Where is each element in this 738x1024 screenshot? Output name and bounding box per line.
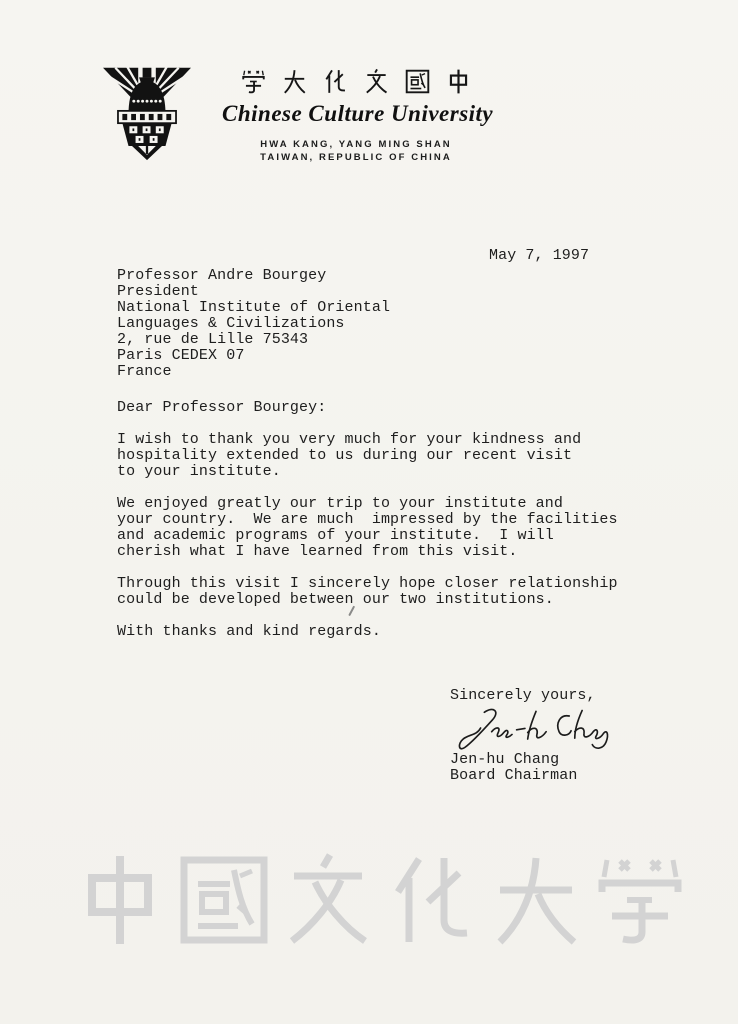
letter-page: Chinese Culture University HWA KANG, YAN… [0,0,738,1024]
university-emblem-logo [103,66,191,161]
hanzi-da-glyph [281,68,308,95]
letter-date: May 7, 1997 [489,248,589,264]
signature-title: Board Chairman [450,768,626,784]
hanzi-guo-glyph [174,850,274,950]
letter-body: Dear Professor Bourgey: I wish to thank … [117,400,677,640]
hanzi-wen-glyph [363,68,390,95]
signature-block: Sincerely yours, Jen-hu Chang Board Chai… [450,688,626,784]
closing-line: With thanks and kind regards. [117,624,677,640]
university-english-name: Chinese Culture University [222,101,490,127]
hanzi-guo-glyph [404,68,431,95]
chinese-university-name [240,68,472,95]
watermark-chinese-university-name [0,850,738,950]
hanzi-wen-glyph [278,850,378,950]
letterhead-address-line2: TAIWAN, REPUBLIC OF CHINA [222,152,490,163]
body-paragraph-2: We enjoyed greatly our trip to your inst… [117,496,677,560]
hanzi-hua-glyph [382,850,482,950]
body-paragraph-3: Through this visit I sincerely hope clos… [117,576,677,608]
signature-name: Jen-hu Chang [450,752,626,768]
sign-off: Sincerely yours, [450,688,626,704]
hanzi-xue-glyph [240,68,267,95]
hanzi-da-glyph [486,850,586,950]
letterhead-address-line1: HWA KANG, YANG MING SHAN [222,139,490,150]
salutation: Dear Professor Bourgey: [117,400,677,416]
recipient-address: Professor Andre Bourgey President Nation… [117,268,390,380]
hanzi-xue-glyph [590,850,690,950]
hanzi-zhong-glyph [70,850,170,950]
body-paragraph-1: I wish to thank you very much for your k… [117,432,677,480]
hanzi-zhong-glyph [445,68,472,95]
handwritten-signature [446,704,626,752]
hanzi-hua-glyph [322,68,349,95]
